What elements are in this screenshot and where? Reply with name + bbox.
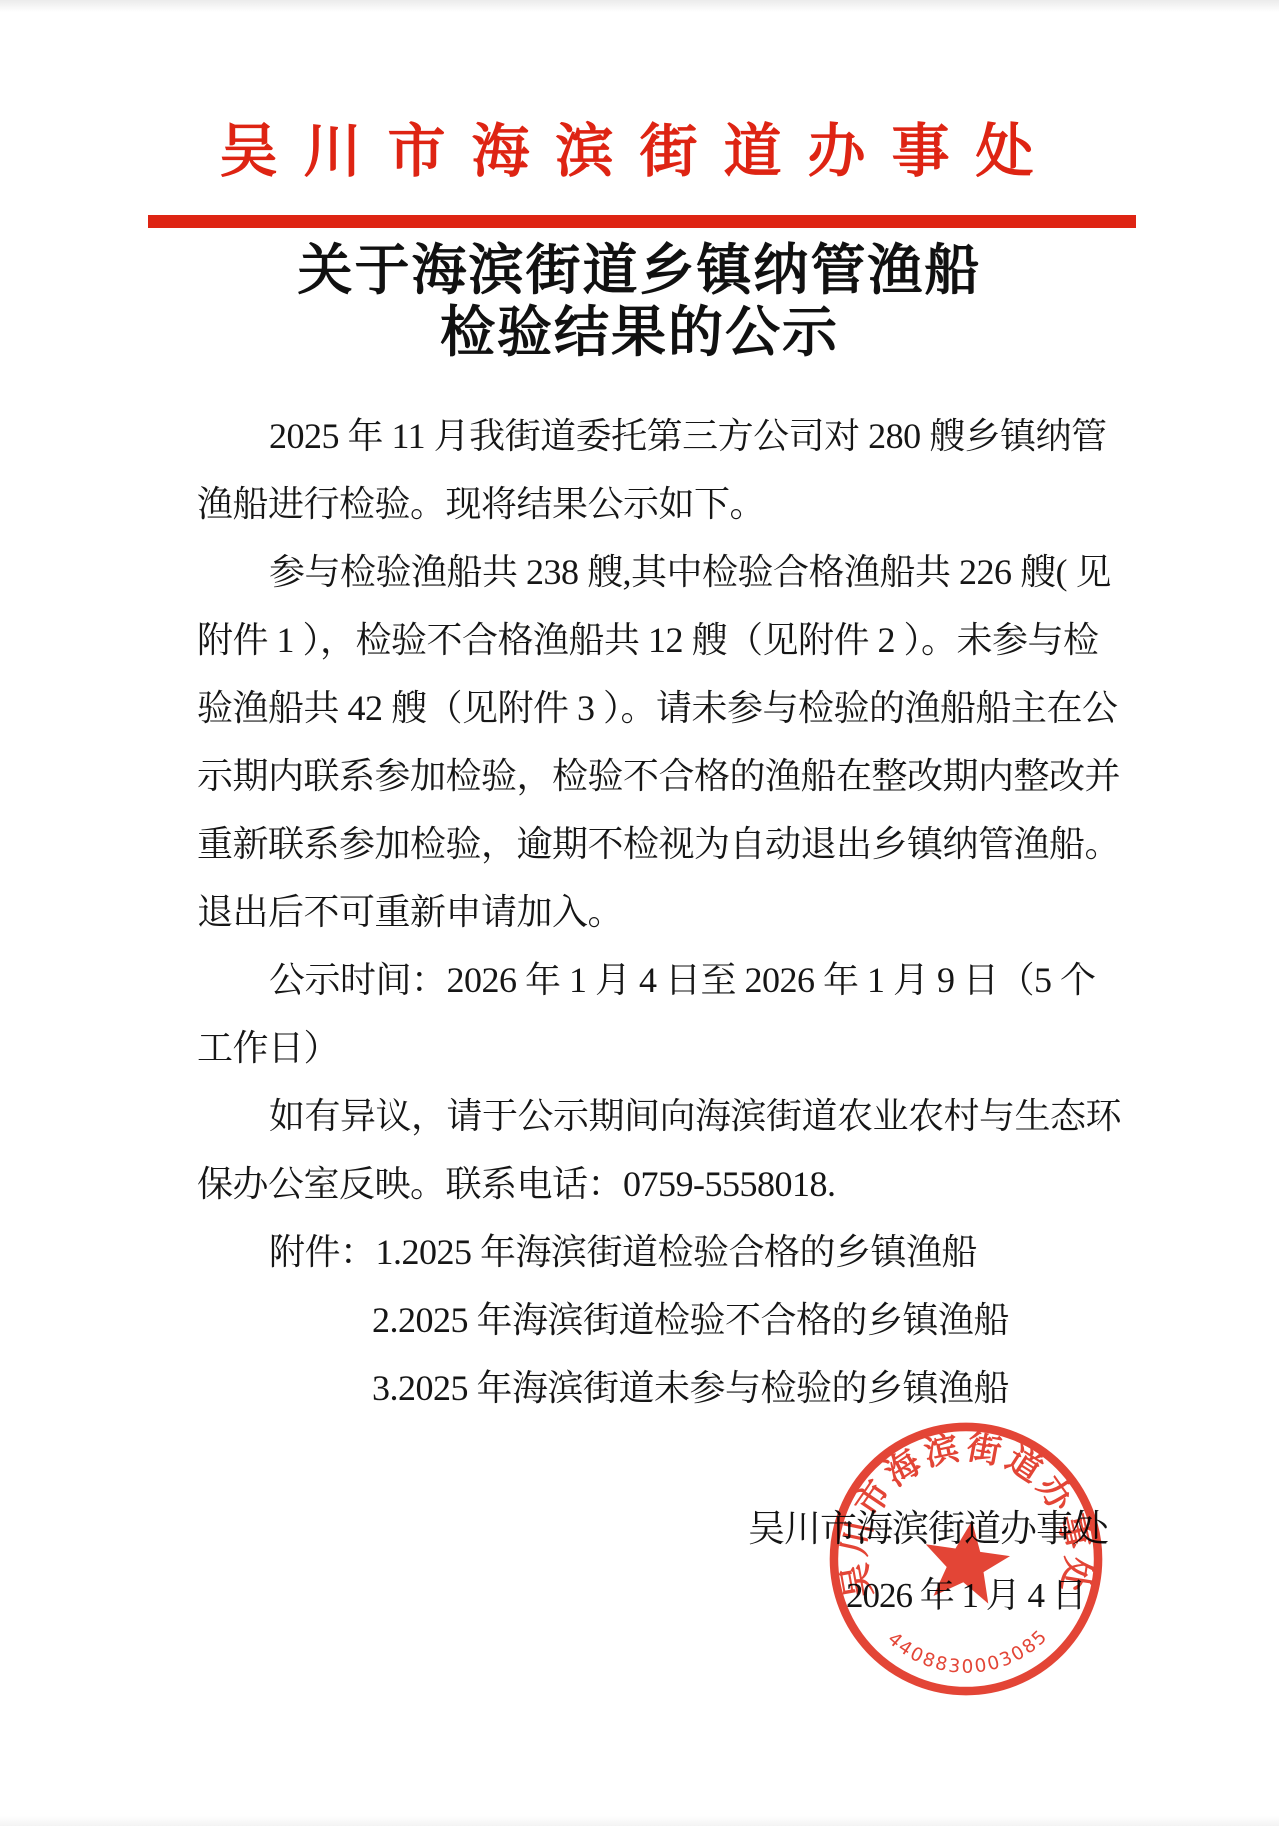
scan-edge-top	[0, 0, 1279, 12]
body-line: 工作日）	[197, 1014, 1112, 1082]
seal-star-icon	[919, 1515, 1014, 1606]
seal-number: 4408830003085	[883, 1625, 1052, 1678]
body-line: 2025 年 11 月我街道委托第三方公司对 280 艘乡镇纳管	[197, 402, 1112, 470]
body-line: 附件 1 ），检验不合格渔船共 12 艘（见附件 2 ）。未参与检	[197, 606, 1112, 674]
body-line: 公示时间：2026 年 1 月 4 日至 2026 年 1 月 9 日（5 个	[197, 946, 1112, 1014]
letterhead-divider-rule	[148, 215, 1136, 228]
body-line: 2.2025 年海滨街道检验不合格的乡镇渔船	[197, 1286, 1112, 1354]
letterhead-title: 吴川市海滨街道办事处	[0, 104, 1279, 188]
document-title: 关于海滨街道乡镇纳管渔船 检验结果的公示	[0, 240, 1279, 364]
body-line: 附件：1.2025 年海滨街道检验合格的乡镇渔船	[197, 1218, 1112, 1286]
document-title-line1: 关于海滨街道乡镇纳管渔船	[0, 240, 1279, 302]
body-line: 重新联系参加检验，逾期不检视为自动退出乡镇纳管渔船。	[197, 810, 1112, 878]
body-line: 如有异议，请于公示期间向海滨街道农业农村与生态环	[197, 1082, 1112, 1150]
body-line: 保办公室反映。联系电话：0759-5558018.	[197, 1150, 1112, 1218]
document-title-line2: 检验结果的公示	[0, 302, 1279, 364]
body-line: 退出后不可重新申请加入。	[197, 878, 1112, 946]
official-seal: 吴川市海滨街道办事处 4408830003085	[824, 1417, 1108, 1701]
body-line: 示期内联系参加检验，检验不合格的渔船在整改期内整改并	[197, 742, 1112, 810]
body-text: 2025 年 11 月我街道委托第三方公司对 280 艘乡镇纳管渔船进行检验。现…	[197, 402, 1112, 1422]
body-line: 验渔船共 42 艘（见附件 3 ）。请未参与检验的渔船船主在公	[197, 674, 1112, 742]
scan-edge-bottom	[0, 1816, 1279, 1826]
body-line: 3.2025 年海滨街道未参与检验的乡镇渔船	[197, 1354, 1112, 1422]
body-line: 参与检验渔船共 238 艘,其中检验合格渔船共 226 艘( 见	[197, 538, 1112, 606]
document-page: 吴川市海滨街道办事处 关于海滨街道乡镇纳管渔船 检验结果的公示 2025 年 1…	[0, 0, 1279, 1826]
body-line: 渔船进行检验。现将结果公示如下。	[197, 470, 1112, 538]
